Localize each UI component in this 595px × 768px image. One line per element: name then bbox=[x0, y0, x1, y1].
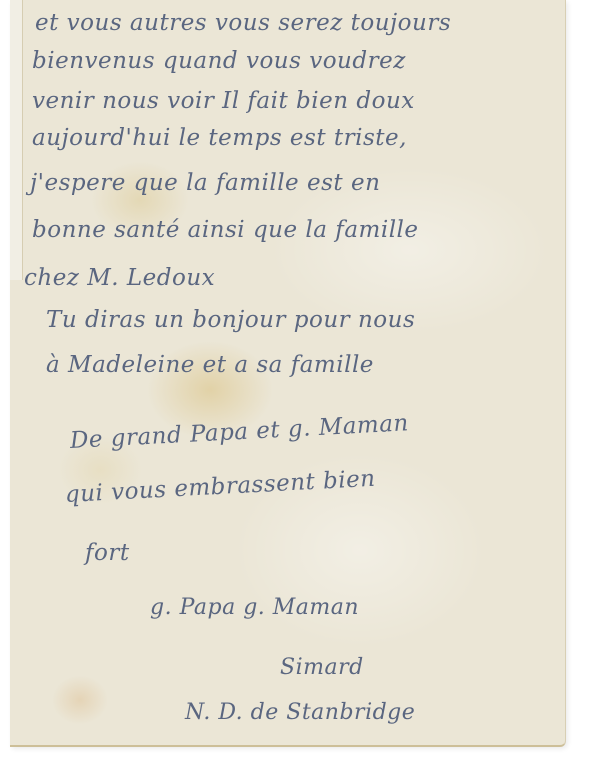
letter-line: aujourd'hui le temps est triste, bbox=[32, 125, 407, 151]
letter-line: bienvenus quand vous voudrez bbox=[32, 48, 406, 74]
closing-line: fort bbox=[85, 540, 130, 566]
letter-line: et vous autres vous serez toujours bbox=[35, 10, 451, 36]
closing-line: qui vous embrassent bien bbox=[64, 466, 376, 508]
letter-line: chez M. Ledoux bbox=[24, 265, 215, 291]
letter-line: bonne santé ainsi que la famille bbox=[32, 217, 419, 243]
letter-line: j'espere que la famille est en bbox=[30, 170, 380, 196]
letter-line: venir nous voir Il fait bien doux bbox=[32, 88, 415, 114]
page-fold-edge bbox=[10, 0, 23, 280]
signature-names: g. Papa g. Maman bbox=[150, 595, 359, 620]
signature-surname: Simard bbox=[280, 655, 364, 680]
letter-line: Tu diras un bonjour pour nous bbox=[46, 307, 415, 333]
letter-line: à Madeleine et a sa famille bbox=[46, 352, 374, 378]
letter-page: et vous autres vous serez toujours bienv… bbox=[10, 0, 566, 747]
signature-place: N. D. de Stanbridge bbox=[185, 700, 415, 725]
closing-line: De grand Papa et g. Maman bbox=[69, 410, 409, 454]
